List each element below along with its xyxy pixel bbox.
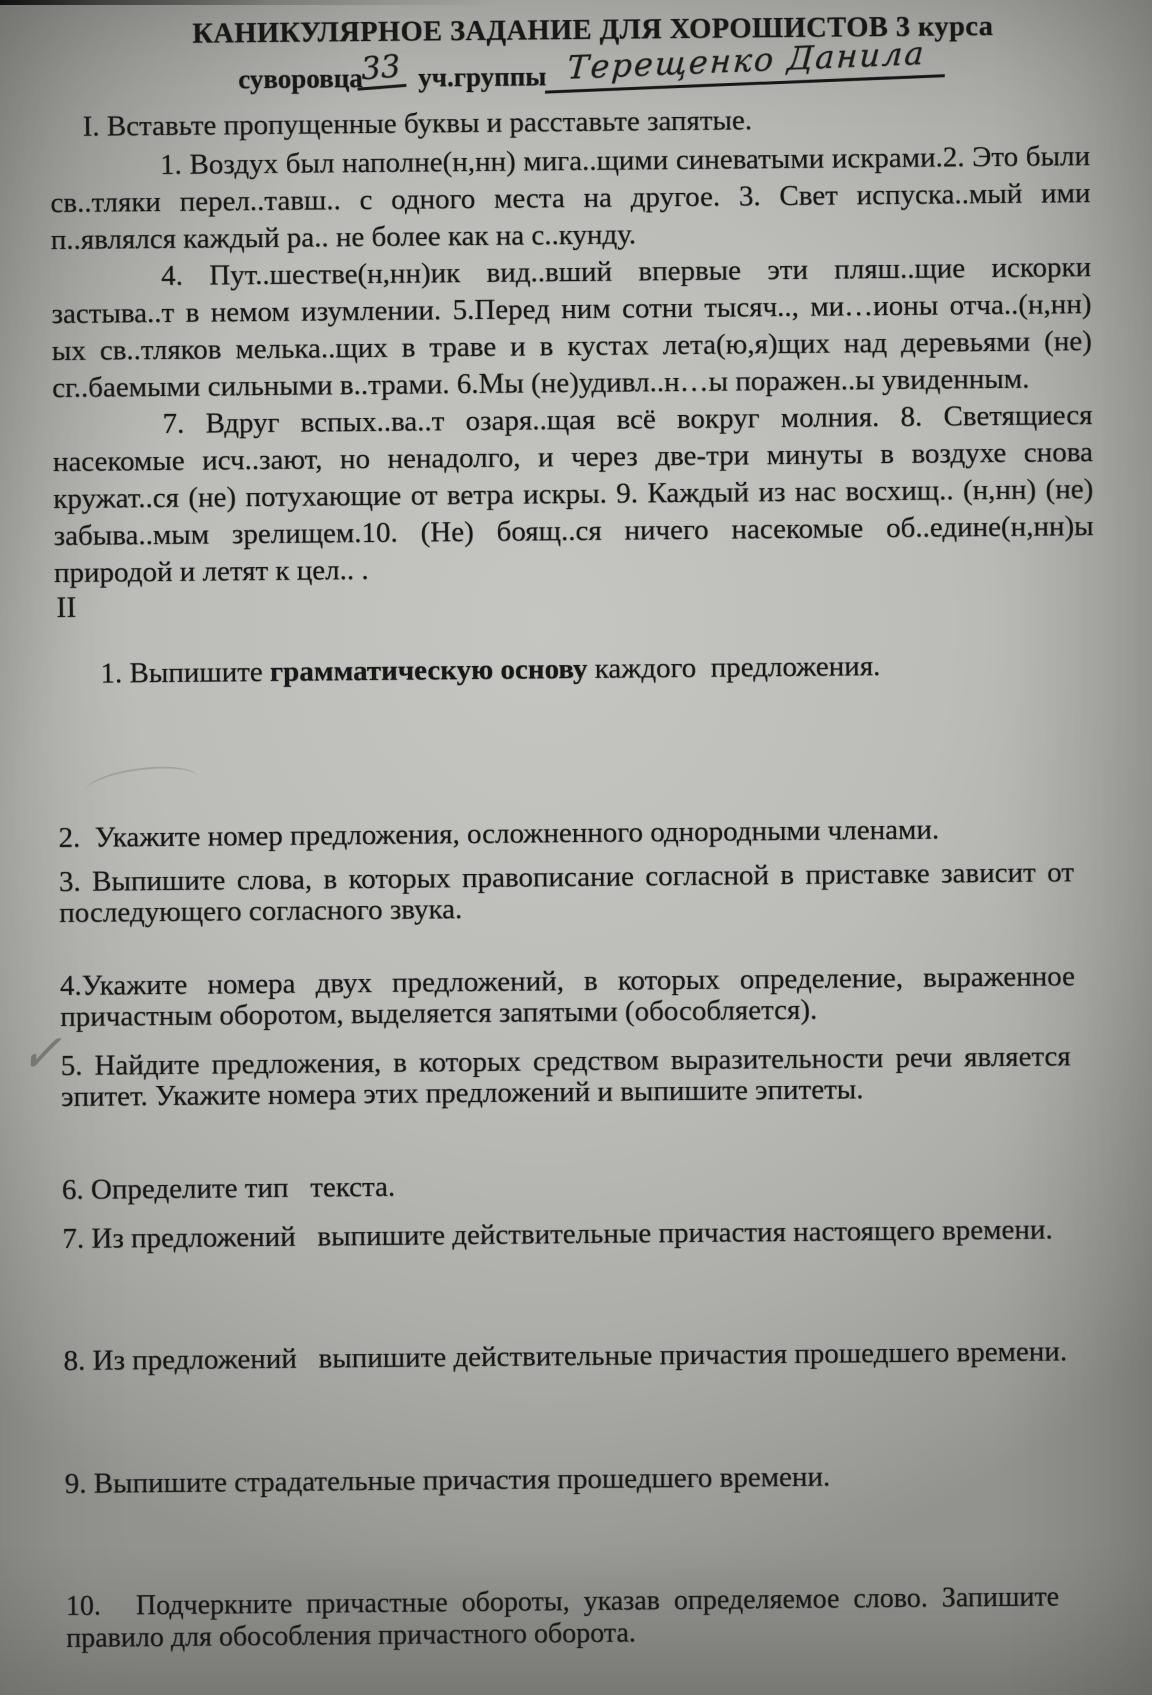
section-1-heading: I. Вставьте пропущенные буквы и расставь…	[83, 104, 753, 143]
section-2-heading: II	[56, 591, 76, 624]
task-item-1-prefix: 1. Выпишите	[100, 656, 270, 690]
task-item-3: 3. Выпишите слова, в которых правописани…	[59, 857, 1075, 929]
task-item-7: 7. Из предложений выпишите действительны…	[62, 1213, 1053, 1256]
label-uch-gruppy: уч.группы	[418, 60, 546, 94]
task-item-5: 5. Найдите предложения, в которых средст…	[61, 1041, 1072, 1113]
task-item-4: 4.Укажите номера двух предложений, в кот…	[60, 961, 1076, 1033]
task-item-1: 1. Выпишите грамматическую основу каждог…	[56, 617, 880, 724]
worksheet-content: КАНИКУЛЯРНОЕ ЗАДАНИЕ ДЛЯ ХОРОШИСТОВ 3 ку…	[0, 0, 1152, 1695]
exercise-paragraph-2: 4. Пут..шестве(н,нн)ик вид..вший впервые…	[51, 249, 1092, 407]
label-suvorovets: суворовца	[238, 62, 363, 96]
task-item-2: 2. Укажите номер предложения, осложненно…	[58, 814, 939, 855]
worksheet-photo: КАНИКУЛЯРНОЕ ЗАДАНИЕ ДЛЯ ХОРОШИСТОВ 3 ку…	[0, 0, 1152, 1695]
task-item-1-suffix: каждого предложения.	[587, 650, 880, 685]
task-item-6: 6. Определите тип текста.	[62, 1171, 396, 1207]
exercise-paragraph-1: 1. Воздух был наполне(н,нн) мига..щими с…	[50, 138, 1091, 259]
task-item-10: 10. Подчеркните причастные обороты, указ…	[66, 1581, 1142, 1655]
exercise-paragraph-3: 7. Вдруг вспых..ва..т озаря..щая всё вок…	[52, 397, 1094, 592]
task-item-8: 8. Из предложений выпишите действительны…	[63, 1335, 1067, 1378]
document-title: КАНИКУЛЯРНОЕ ЗАДАНИЕ ДЛЯ ХОРОШИСТОВ 3 ку…	[0, 9, 1146, 53]
task-item-1-bold-term: грамматическую основу	[270, 653, 588, 688]
task-item-9: 9. Выпишите страдательные причастия прош…	[65, 1461, 831, 1501]
group-number-handwritten: 33	[355, 50, 407, 91]
